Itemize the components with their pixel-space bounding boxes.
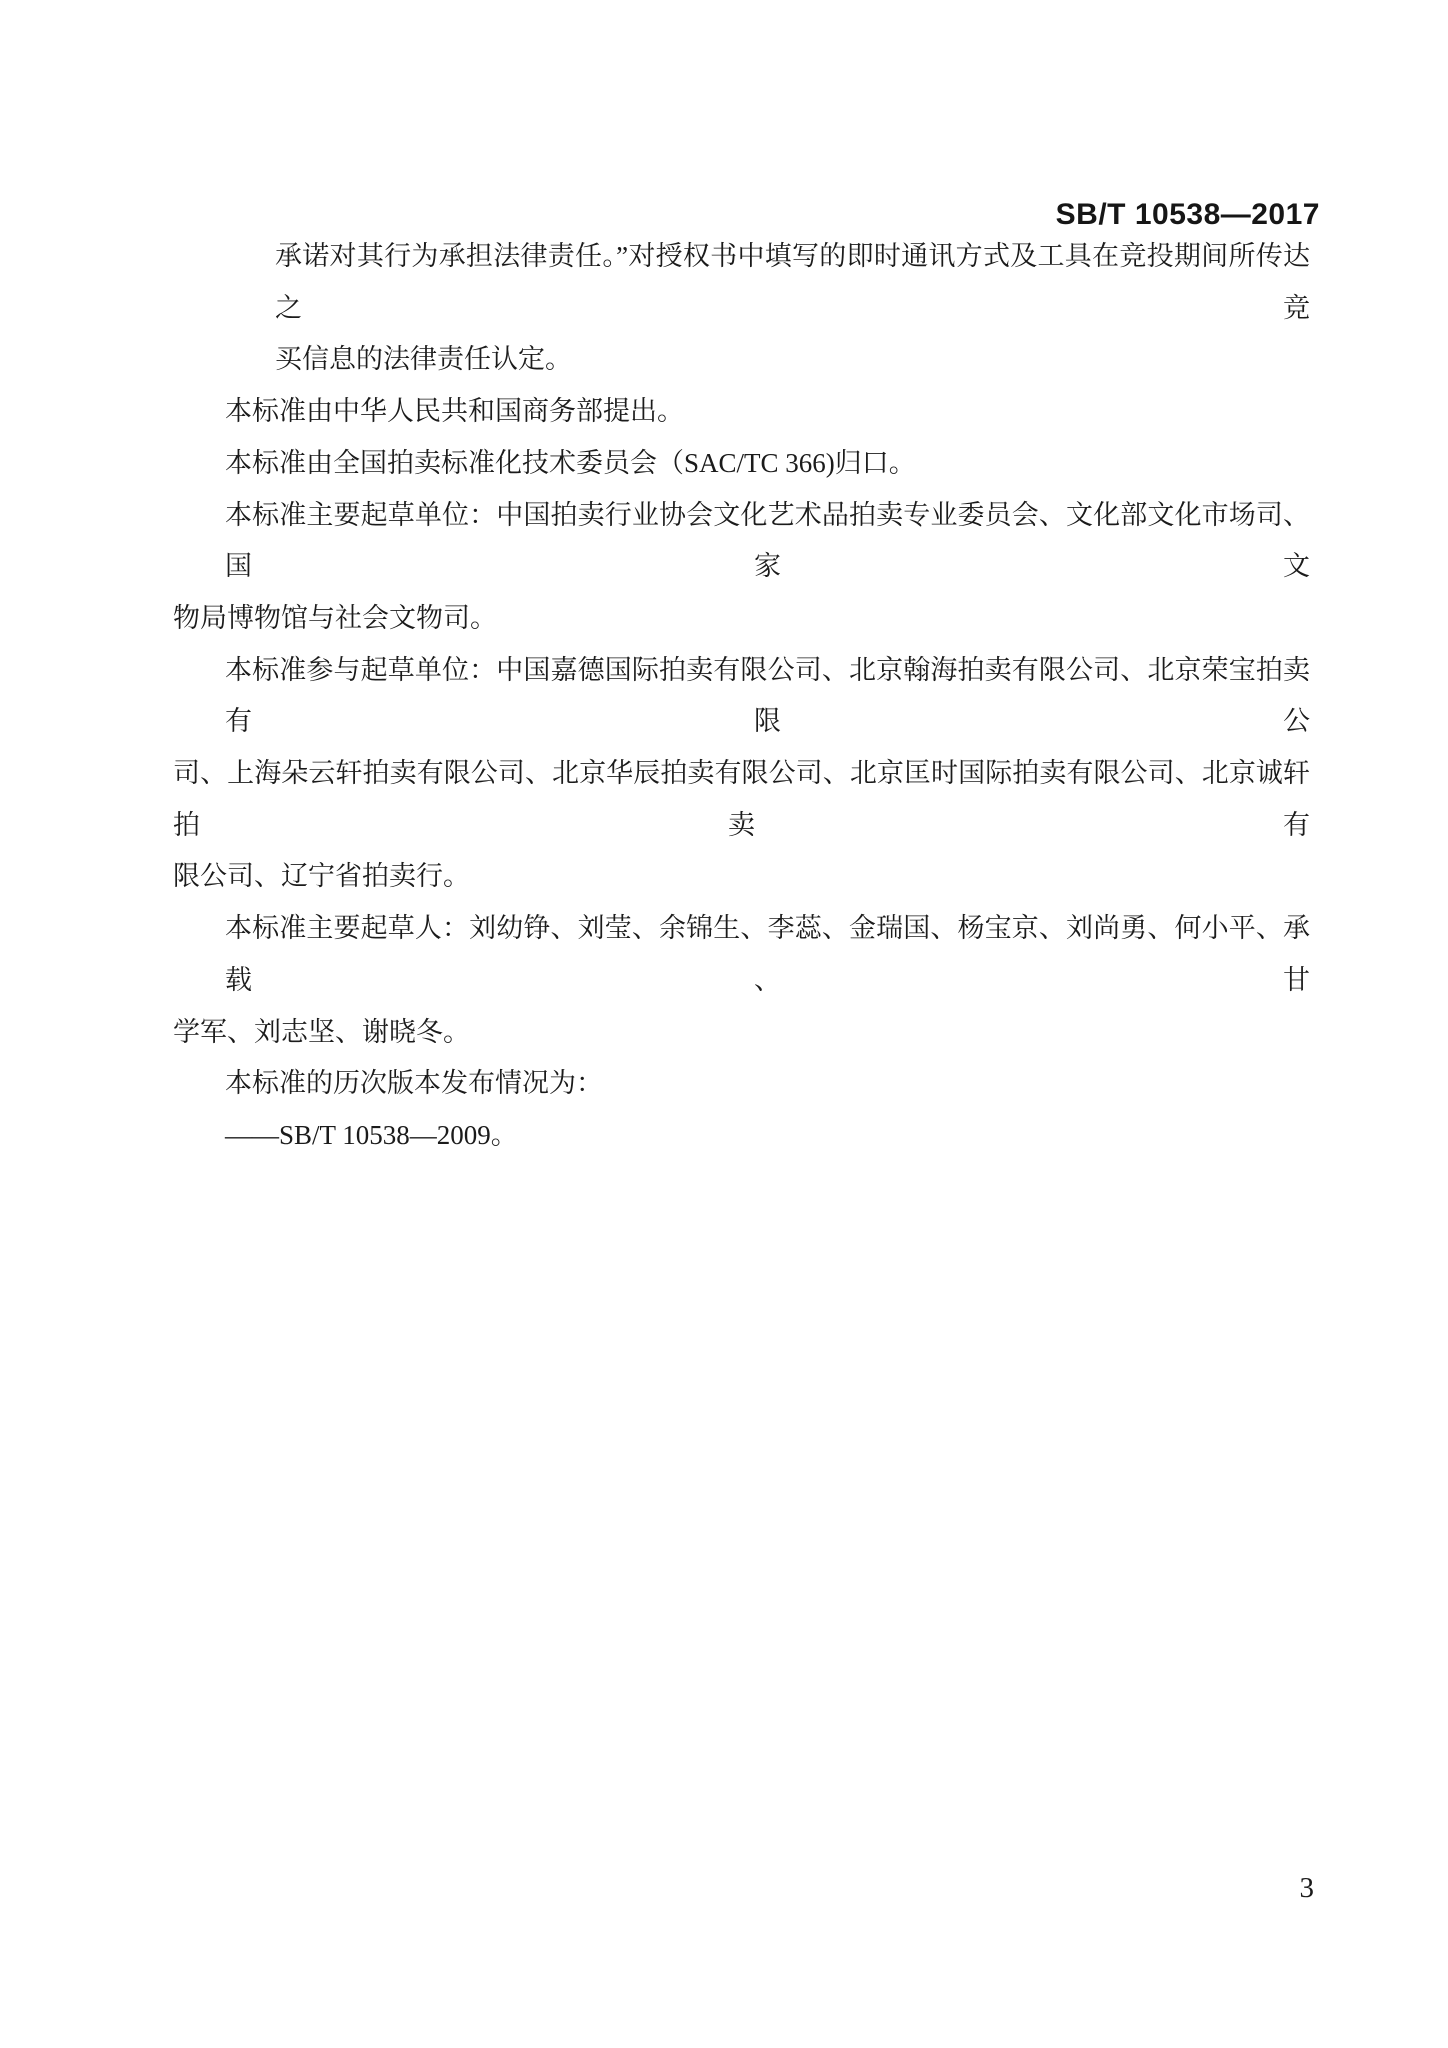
- body-line: 承诺对其行为承担法律责任。”对授权书中填写的即时通讯方式及工具在竞投期间所传达之…: [173, 231, 1310, 334]
- body-line: 本标准主要起草单位：中国拍卖行业协会文化艺术品拍卖专业委员会、文化部文化市场司、…: [173, 490, 1310, 593]
- body-line: 买信息的法律责任认定。: [173, 334, 1310, 386]
- body-line: 学军、刘志坚、谢晓冬。: [173, 1007, 1310, 1059]
- body-line: 本标准参与起草单位：中国嘉德国际拍卖有限公司、北京翰海拍卖有限公司、北京荣宝拍卖…: [173, 645, 1310, 748]
- foreword-body: 承诺对其行为承担法律责任。”对授权书中填写的即时通讯方式及工具在竞投期间所传达之…: [173, 231, 1310, 1162]
- body-line: 本标准主要起草人：刘幼铮、刘莹、余锦生、李蕊、金瑞国、杨宝京、刘尚勇、何小平、承…: [173, 903, 1310, 1006]
- body-line: 本标准由中华人民共和国商务部提出。: [173, 386, 1310, 438]
- standard-code-header: SB/T 10538—2017: [1056, 198, 1320, 232]
- body-line: 本标准的历次版本发布情况为：: [173, 1058, 1310, 1110]
- page-number: 3: [1300, 1872, 1315, 1905]
- body-line: ——SB/T 10538—2009。: [173, 1110, 1310, 1162]
- body-line: 限公司、辽宁省拍卖行。: [173, 851, 1310, 903]
- body-line: 本标准由全国拍卖标准化技术委员会（SAC/TC 366)归口。: [173, 438, 1310, 490]
- body-line: 物局博物馆与社会文物司。: [173, 593, 1310, 645]
- body-line: 司、上海朵云轩拍卖有限公司、北京华辰拍卖有限公司、北京匡时国际拍卖有限公司、北京…: [173, 748, 1310, 851]
- document-page: SB/T 10538—2017 承诺对其行为承担法律责任。”对授权书中填写的即时…: [0, 0, 1448, 2048]
